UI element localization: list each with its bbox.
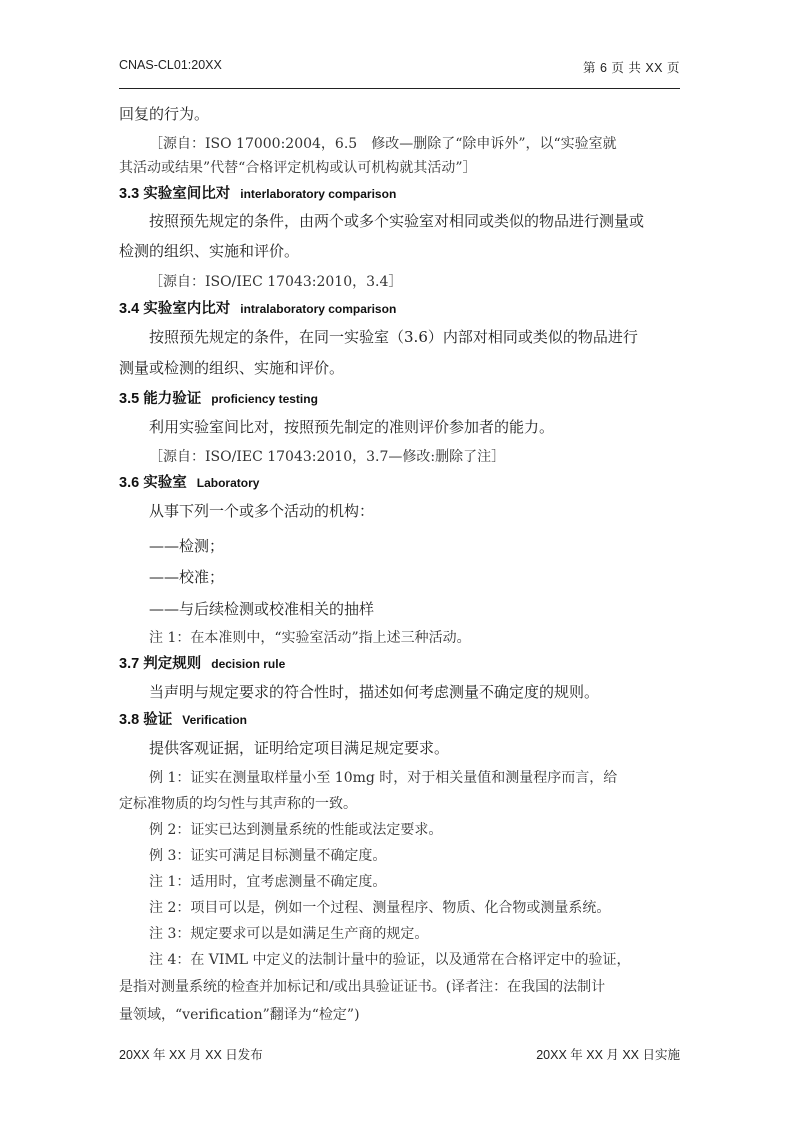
section-title-en: decision rule — [211, 657, 285, 671]
section-title-en: intralaboratory comparison — [240, 302, 396, 316]
paragraph-line: 当声明与规定要求的符合性时，描述如何考虑测量不确定度的规则。 — [149, 682, 599, 702]
note-line: 量领域，“verification”翻译为“检定”) — [119, 1005, 360, 1025]
paragraph-line: 回复的行为。 — [119, 104, 209, 124]
section-title-en: interlaboratory comparison — [240, 187, 396, 201]
document-code: CNAS-CL01:20XX — [119, 58, 222, 72]
document-page: CNAS-CL01:20XX 第 6 页 共 XX 页 回复的行为。 ［源自：I… — [0, 0, 800, 1131]
section-title-zh: 实验室 — [143, 475, 187, 491]
example-line: 例 3：证实可满足目标测量不确定度。 — [149, 846, 386, 866]
source-citation: ［源自：ISO/IEC 17043:2010，3.4］ — [149, 272, 402, 292]
paragraph-line: 提供客观证据，证明给定项目满足规定要求。 — [149, 738, 449, 758]
example-line: 例 1：证实在测量取样量小至 10mg 时，对于相关量值和测量程序而言，给 — [149, 768, 617, 788]
section-title-zh: 实验室间比对 — [143, 186, 230, 202]
paragraph-line: 检测的组织、实施和评价。 — [119, 241, 299, 261]
paragraph-line: 从事下列一个或多个活动的机构： — [149, 501, 374, 521]
section-heading-3-8: 3.8 验证 Verification — [119, 710, 247, 730]
note-line: 注 3：规定要求可以是如满足生产商的规定。 — [149, 924, 428, 944]
example-line: 例 2：证实已达到测量系统的性能或法定要求。 — [149, 820, 442, 840]
paragraph-line: 按照预先规定的条件，由两个或多个实验室对相同或类似的物品进行测量或 — [149, 211, 644, 231]
section-heading-3-7: 3.7 判定规则 decision rule — [119, 654, 285, 674]
note-line: 注 1：适用时，宜考虑测量不确定度。 — [149, 872, 386, 892]
section-title-zh: 能力验证 — [143, 391, 201, 407]
example-line: 定标准物质的均匀性与其声称的一致。 — [119, 794, 357, 814]
section-number: 3.4 — [119, 301, 139, 317]
list-item: ——检测； — [149, 536, 224, 556]
page-footer: 20XX 年 XX 月 XX 日发布 20XX 年 XX 月 XX 日实施 — [119, 1045, 680, 1065]
list-item: ——校准； — [149, 567, 224, 587]
source-citation: ［源自：ISO/IEC 17043:2010，3.7—修改:删除了注］ — [149, 447, 505, 467]
paragraph-line: 按照预先规定的条件，在同一实验室（3.6）内部对相同或类似的物品进行 — [149, 327, 638, 347]
source-citation: 其活动或结果”代替“合格评定机构或认可机构就其活动”］ — [119, 158, 476, 178]
section-heading-3-5: 3.5 能力验证 proficiency testing — [119, 389, 318, 409]
paragraph-line: 测量或检测的组织、实施和评价。 — [119, 358, 344, 378]
note-line: 是指对测量系统的检查并加标记和/或出具验证证书。(译者注：在我国的法制计 — [119, 977, 605, 997]
page-header: CNAS-CL01:20XX 第 6 页 共 XX 页 — [119, 58, 680, 78]
section-heading-3-4: 3.4 实验室内比对 intralaboratory comparison — [119, 299, 396, 319]
effective-date: 20XX 年 XX 月 XX 日实施 — [536, 1045, 680, 1063]
section-heading-3-3: 3.3 实验室间比对 interlaboratory comparison — [119, 184, 396, 204]
section-title-en: Laboratory — [197, 476, 260, 490]
note-line: 注 2：项目可以是，例如一个过程、测量程序、物质、化合物或测量系统。 — [149, 898, 610, 918]
paragraph-line: 利用实验室间比对，按照预先制定的准则评价参加者的能力。 — [149, 417, 554, 437]
section-number: 3.5 — [119, 391, 139, 407]
section-title-zh: 验证 — [143, 712, 172, 728]
source-citation: ［源自：ISO 17000:2004，6.5 修改—删除了“除申诉外”，以“实验… — [149, 134, 617, 154]
section-title-zh: 判定规则 — [143, 656, 201, 672]
section-title-en: proficiency testing — [211, 392, 318, 406]
section-number: 3.8 — [119, 712, 139, 728]
note-line: 注 1：在本准则中，“实验室活动”指上述三种活动。 — [149, 628, 471, 648]
header-rule — [119, 88, 680, 89]
issue-date: 20XX 年 XX 月 XX 日发布 — [119, 1045, 263, 1063]
section-number: 3.7 — [119, 656, 139, 672]
section-number: 3.6 — [119, 475, 139, 491]
section-number: 3.3 — [119, 186, 139, 202]
section-title-en: Verification — [182, 713, 247, 727]
list-item: ——与后续检测或校准相关的抽样 — [149, 599, 374, 619]
note-line: 注 4：在 VIML 中定义的法制计量中的验证，以及通常在合格评定中的验证， — [149, 950, 631, 970]
section-title-zh: 实验室内比对 — [143, 301, 230, 317]
page-number: 第 6 页 共 XX 页 — [583, 58, 680, 76]
section-heading-3-6: 3.6 实验室 Laboratory — [119, 473, 259, 493]
